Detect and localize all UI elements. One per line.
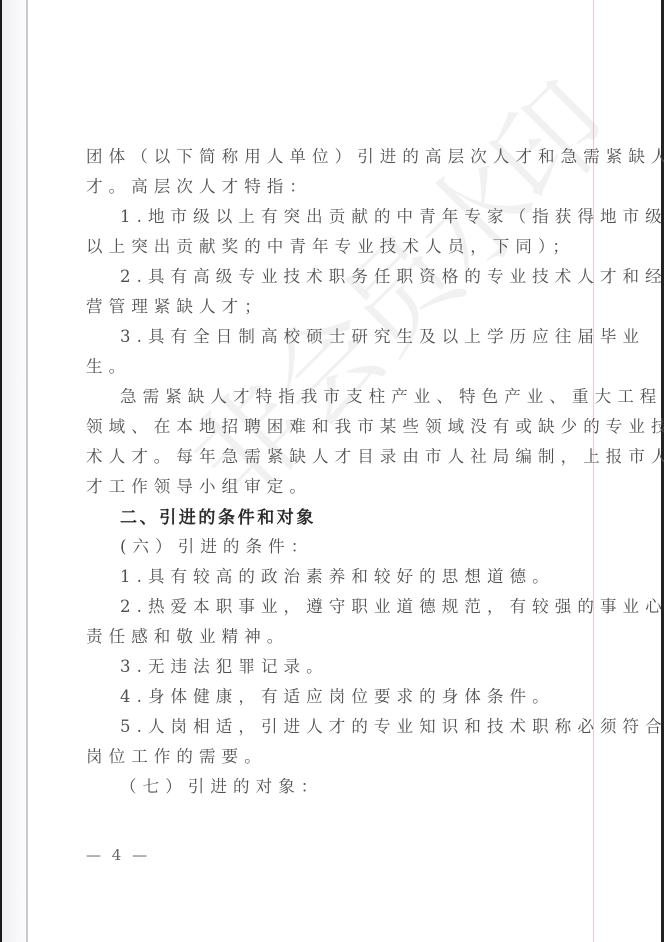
document-text-line: 5.人岗相适，引进人才的专业知识和技术职称必须符合	[120, 712, 664, 742]
document-text-line: 4.身体健康，有适应岗位要求的身体条件。	[120, 682, 555, 712]
document-text-line: 领域、在本地招聘困难和我市某些领域没有或缺少的专业技	[86, 412, 664, 442]
document-text-line: 3.具有全日制高校硕士研究生及以上学历应往届毕业	[120, 322, 645, 352]
document-text-line: 团体（以下简称用人单位）引进的高层次人才和急需紧缺人	[86, 142, 664, 172]
document-text-line: 2.热爱本职事业，遵守职业道德规范，有较强的事业心、	[120, 592, 664, 622]
document-text-line: 2.具有高级专业技术职务任职资格的专业技术人才和经	[120, 262, 664, 292]
document-text-line: 急需紧缺人才特指我市支柱产业、特色产业、重大工程	[120, 382, 662, 412]
document-text-line: 1.具有较高的政治素养和较好的思想道德。	[120, 562, 555, 592]
document-text-line: 责任感和敬业精神。	[86, 622, 289, 652]
document-text-line: 1.地市级以上有突出贡献的中青年专家（指获得地市级	[120, 202, 664, 232]
document-text-line: 才工作领导小组审定。	[86, 472, 312, 502]
document-text-line: 生。	[86, 352, 131, 382]
document-text-line: 营管理紧缺人才；	[86, 292, 267, 322]
document-text-line: 3.无违法犯罪记录。	[120, 652, 329, 682]
document-text-line: 岗位工作的需要。	[86, 742, 267, 772]
section-heading: 二、引进的条件和对象	[120, 503, 316, 533]
document-text-line: 以上突出贡献奖的中青年专业技术人员，下同）；	[86, 232, 575, 262]
document-text-line: 术人才。每年急需紧缺人才目录由市人社局编制，上报市人	[86, 442, 664, 472]
page-number: — 4 —	[86, 846, 150, 864]
document-text-line: （七）引进的对象：	[120, 772, 323, 802]
scan-left-shadow	[2, 0, 26, 942]
document-text-line: (六）引进的条件：	[120, 532, 313, 562]
document-text-line: 才。高层次人才特指：	[86, 172, 312, 202]
page-left-edge-line	[26, 0, 28, 942]
